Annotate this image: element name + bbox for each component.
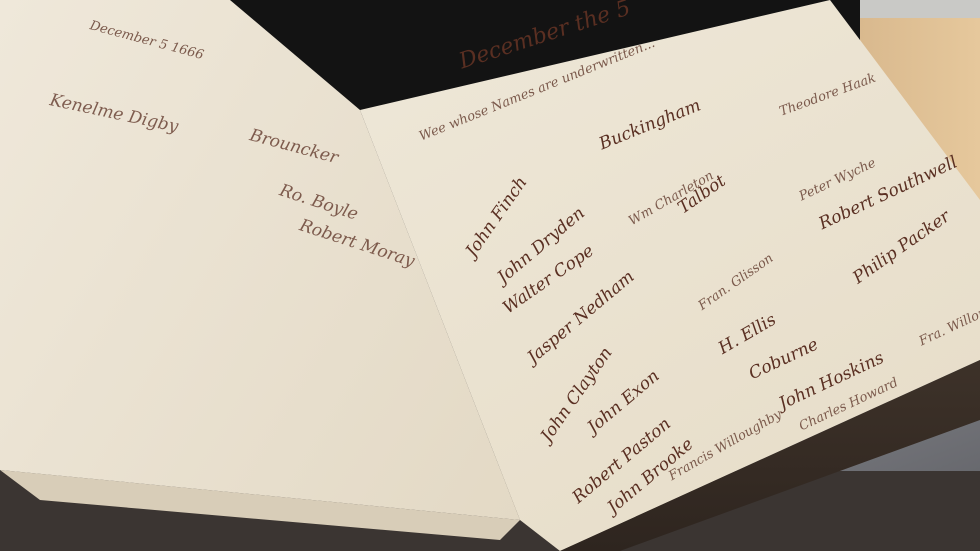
display-case-edge [860,0,980,18]
